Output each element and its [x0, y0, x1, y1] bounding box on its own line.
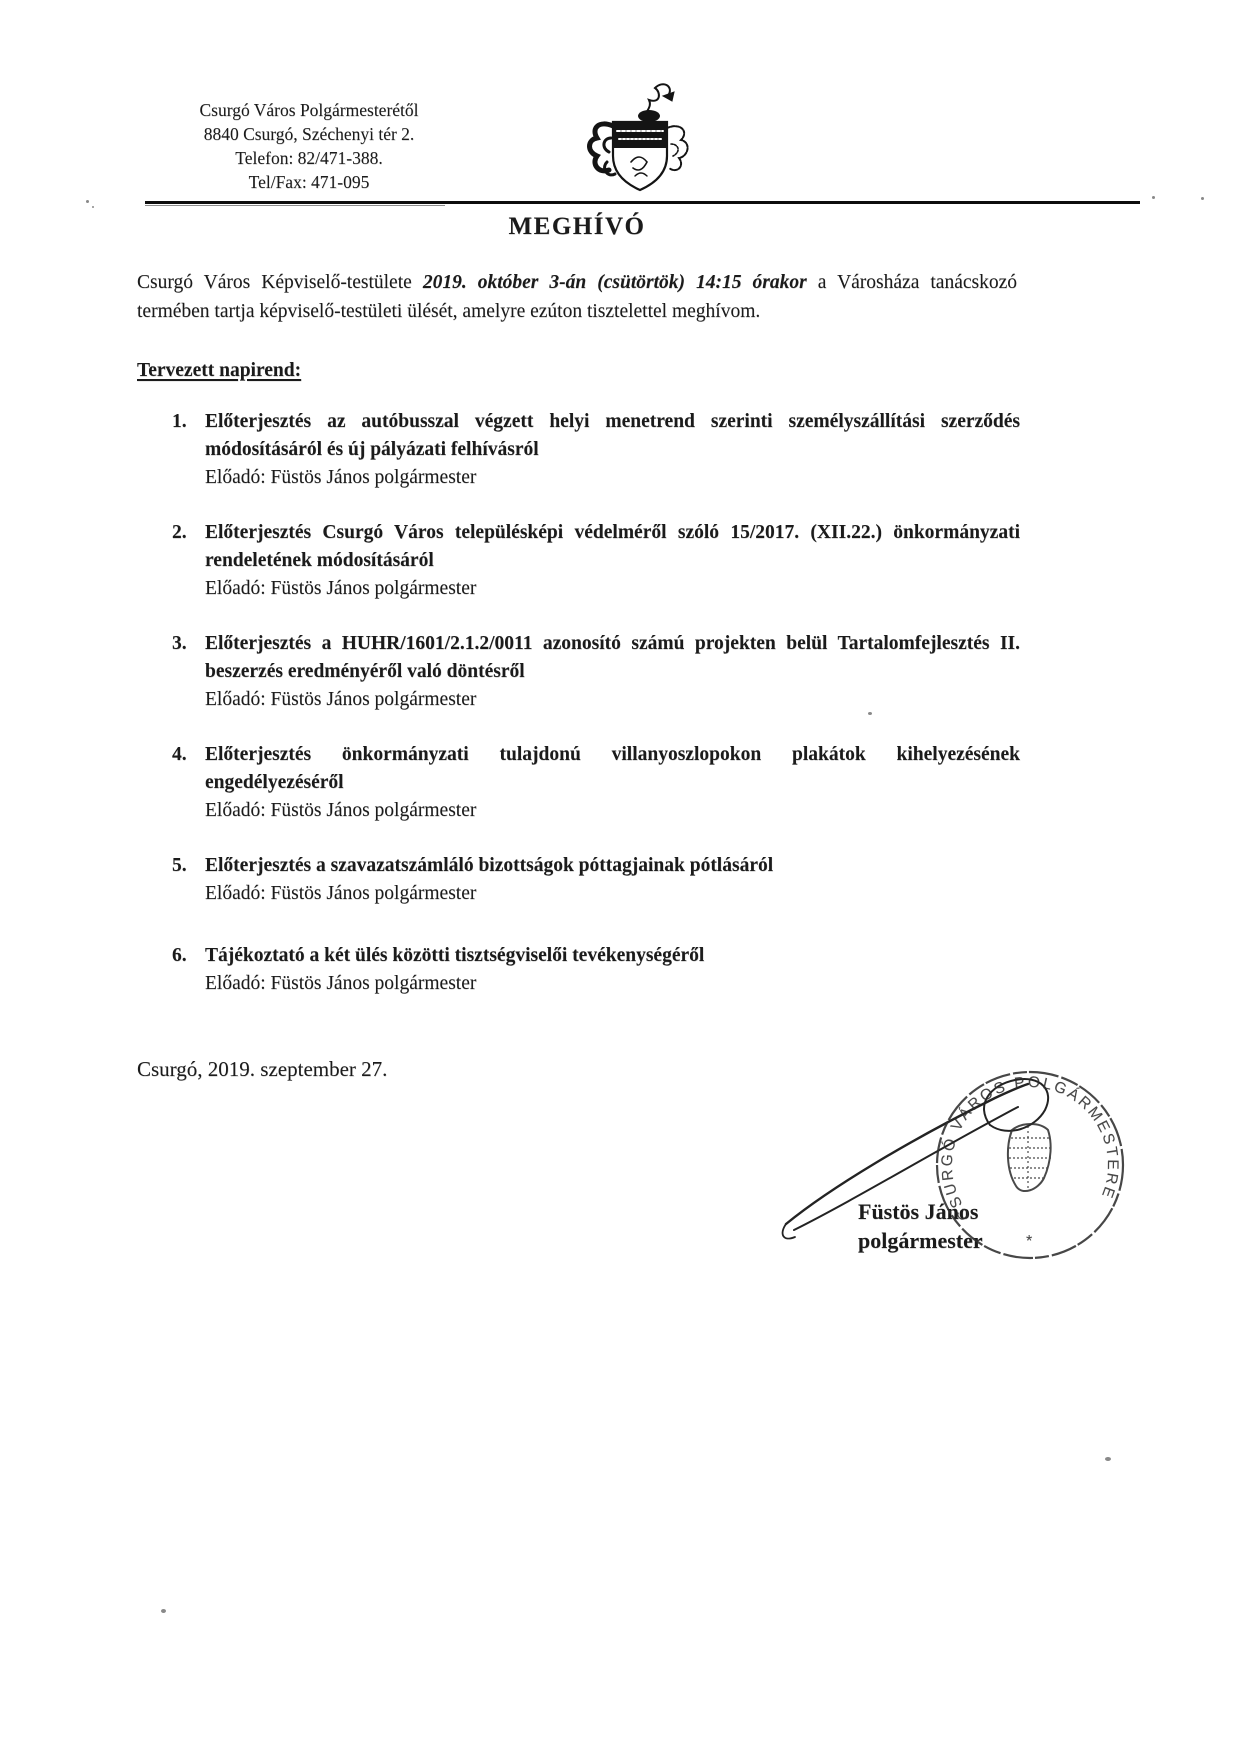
scan-speck — [1152, 196, 1155, 199]
agenda-item-title: Tájékoztató a két ülés közötti tisztségv… — [205, 942, 1020, 970]
round-stamp: CSURGÓ VÁROS POLGÁRMESTERE * — [937, 1072, 1123, 1258]
header-divider-rule-shadow — [145, 205, 445, 206]
intro-paragraph: Csurgó Város Képviselő-testülete 2019. o… — [137, 268, 1017, 326]
intro-datetime: 2019. október 3-án (csütörtök) 14:15 óra… — [423, 272, 807, 293]
agenda-item-presenter: Előadó: Füstös János polgármester — [205, 970, 1020, 998]
agenda-item-title: Előterjesztés Csurgó Város településképi… — [205, 519, 1020, 575]
agenda-item-title: Előterjesztés a HUHR/1601/2.1.2/0011 azo… — [205, 630, 1020, 686]
scan-speck — [92, 206, 94, 208]
official-stamp-and-signature: CSURGÓ VÁROS POLGÁRMESTERE * — [760, 1030, 1150, 1270]
agenda-item-presenter: Előadó: Füstös János polgármester — [205, 686, 1020, 714]
agenda-item-title: Előterjesztés a szavazatszámláló bizotts… — [205, 852, 1020, 880]
scan-speck — [868, 712, 872, 715]
agenda-item-number: 1. — [172, 408, 205, 492]
sender-address-block: Csurgó Város Polgármesterétől 8840 Csurg… — [190, 98, 428, 194]
agenda-item-2: 2. Előterjesztés Csurgó Város településk… — [172, 519, 1020, 603]
sender-line-fax: Tel/Fax: 471-095 — [190, 170, 428, 194]
page-title: MEGHÍVÓ — [137, 213, 1017, 241]
agenda-item-5: 5. Előterjesztés a szavazatszámláló bizo… — [172, 852, 1020, 908]
agenda-item-presenter: Előadó: Füstös János polgármester — [205, 575, 1020, 603]
scan-speck — [161, 1609, 166, 1613]
agenda-item-number: 2. — [172, 519, 205, 603]
scan-speck — [1105, 1457, 1111, 1461]
agenda-item-title: Előterjesztés önkormányzati tulajdonú vi… — [205, 741, 1020, 797]
agenda-item-presenter: Előadó: Füstös János polgármester — [205, 797, 1020, 825]
scan-speck — [86, 200, 89, 203]
agenda-item-6: 6. Tájékoztató a két ülés közötti tiszts… — [172, 942, 1020, 998]
agenda-list: 1. Előterjesztés az autóbusszal végzett … — [172, 408, 1020, 1025]
sender-line-address: 8840 Csurgó, Széchenyi tér 2. — [190, 122, 428, 146]
agenda-item-number: 4. — [172, 741, 205, 825]
intro-pre: Csurgó Város Képviselő-testülete — [137, 272, 412, 293]
agenda-item-number: 3. — [172, 630, 205, 714]
scanned-invitation-page: Csurgó Város Polgármesterétől 8840 Csurg… — [0, 0, 1241, 1754]
agenda-item-presenter: Előadó: Füstös János polgármester — [205, 464, 1020, 492]
agenda-item-4: 4. Előterjesztés önkormányzati tulajdonú… — [172, 741, 1020, 825]
coat-of-arms-icon — [583, 78, 695, 200]
agenda-item-3: 3. Előterjesztés a HUHR/1601/2.1.2/0011 … — [172, 630, 1020, 714]
agenda-item-title: Előterjesztés az autóbusszal végzett hel… — [205, 408, 1020, 464]
date-line: Csurgó, 2019. szeptember 27. — [137, 1057, 387, 1082]
agenda-item-1: 1. Előterjesztés az autóbusszal végzett … — [172, 408, 1020, 492]
agenda-item-number: 5. — [172, 852, 205, 908]
agenda-item-presenter: Előadó: Füstös János polgármester — [205, 880, 1020, 908]
sender-line-office: Csurgó Város Polgármesterétől — [190, 98, 428, 122]
sender-line-phone: Telefon: 82/471-388. — [190, 146, 428, 170]
stamp-star: * — [1026, 1233, 1032, 1250]
agenda-heading: Tervezett napirend: — [137, 360, 301, 382]
scan-speck — [1201, 197, 1204, 200]
header-divider-rule — [145, 201, 1140, 204]
agenda-item-number: 6. — [172, 942, 205, 998]
stamp-center-emblem — [1008, 1124, 1051, 1191]
